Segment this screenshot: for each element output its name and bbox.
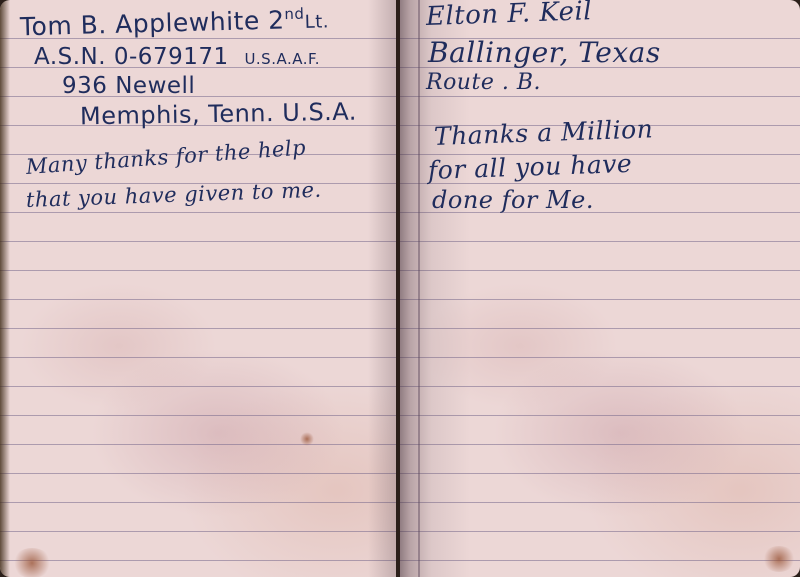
stain (300, 432, 314, 446)
asn-text: A.S.N. 0-679171 (34, 44, 229, 70)
stain (762, 546, 796, 572)
rank-ordinal: 2 (268, 5, 285, 34)
right-page: Elton F. Keil Ballinger, Texas Route . B… (400, 0, 800, 577)
friend-route: Route . B. (426, 70, 541, 95)
notebook-spread: Tom B. Applewhite 2ndLt. A.S.N. 0-679171… (0, 0, 800, 577)
page-fold (418, 0, 420, 577)
rank-suffix: nd (284, 5, 304, 24)
ruled-lines (0, 10, 396, 577)
branch-text: U.S.A.A.F. (244, 50, 320, 68)
ruled-lines (400, 10, 800, 577)
friend-message-line-3: done for Me. (432, 186, 594, 214)
city-address: Memphis, Tenn. U.S.A. (80, 98, 357, 131)
street-address: 936 Newell (62, 73, 195, 99)
friend-town: Ballinger, Texas (428, 36, 661, 69)
stain (12, 548, 52, 577)
left-page: Tom B. Applewhite 2ndLt. A.S.N. 0-679171… (0, 0, 396, 577)
service-number: A.S.N. 0-679171 U.S.A.A.F. (34, 44, 320, 70)
rank-title: Lt. (304, 11, 329, 33)
